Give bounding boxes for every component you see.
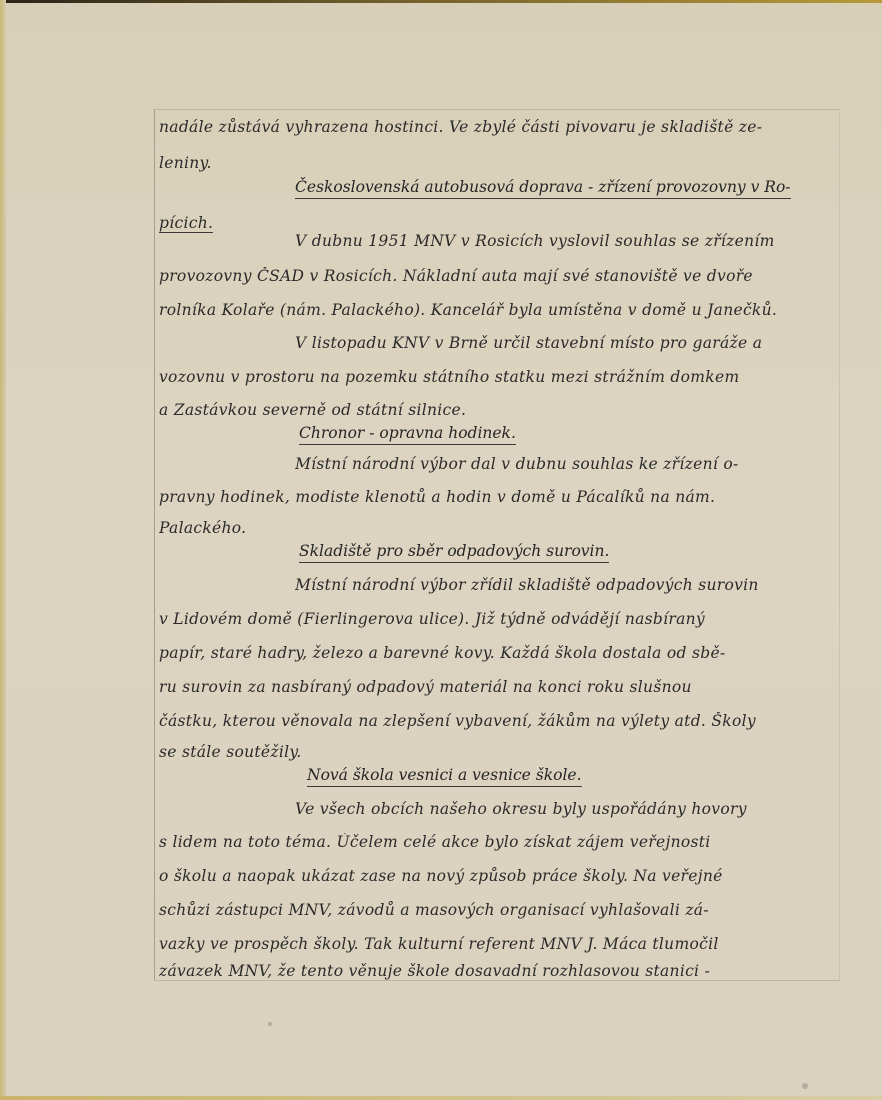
text-line: částku, kterou věnovala na zlepšení vyba… (159, 712, 833, 730)
text-line: provozovny ČSAD v Rosicích. Nákladní aut… (159, 267, 833, 285)
text-line: Místní národní výbor dal v dubnu souhlas… (295, 455, 833, 473)
paper-spot (268, 1022, 272, 1026)
text-line: pícich. (159, 214, 213, 233)
page-bottom-edge (0, 1096, 882, 1100)
section-heading: Skladiště pro sběr odpadových surovin. (299, 542, 609, 563)
text-line: vazky ve prospěch školy. Tak kulturní re… (159, 935, 833, 953)
text-line: s lidem na toto téma. Účelem celé akce b… (159, 833, 833, 851)
page-top-edge (0, 0, 882, 3)
text-line: leniny. (159, 154, 833, 172)
scanned-page: nadále zůstává vyhrazena hostinci. Ve zb… (0, 0, 882, 1100)
page-left-edge (0, 0, 6, 1100)
text-line: Ve všech obcích našeho okresu byly uspoř… (295, 800, 833, 818)
paper-spot (802, 1083, 808, 1089)
text-line: Místní národní výbor zřídil skladiště od… (295, 576, 833, 594)
section-heading: Nová škola vesnici a vesnice škole. (307, 766, 582, 787)
text-line: o školu a naopak ukázat zase na nový způ… (159, 867, 833, 885)
text-line: nadále zůstává vyhrazena hostinci. Ve zb… (159, 118, 833, 136)
text-line: a Zastávkou severně od státní silnice. (159, 401, 833, 419)
text-line: schůzi zástupci MNV, závodů a masových o… (159, 901, 833, 919)
text-line: rolníka Kolaře (nám. Palackého). Kancelá… (159, 301, 833, 319)
text-line: V listopadu KNV v Brně určil stavební mí… (295, 334, 833, 352)
text-line: Palackého. (159, 519, 833, 537)
section-heading: Československá autobusová doprava - zříz… (295, 178, 791, 199)
text-line: závazek MNV, že tento věnuje škole dosav… (159, 962, 833, 980)
text-line: se stále soutěžily. (159, 743, 833, 761)
text-line: vozovnu v prostoru na pozemku státního s… (159, 368, 833, 386)
text-line: pravny hodinek, modiste klenotů a hodin … (159, 488, 833, 506)
text-line: V dubnu 1951 MNV v Rosicích vyslovil sou… (295, 232, 833, 250)
text-line: v Lidovém domě (Fierlingerova ulice). Ji… (159, 610, 833, 628)
section-heading: Chronor - opravna hodinek. (299, 424, 516, 445)
text-line: ru surovin za nasbíraný odpadový materiá… (159, 678, 833, 696)
text-line: papír, staré hadry, železo a barevné kov… (159, 644, 833, 662)
text-frame: nadále zůstává vyhrazena hostinci. Ve zb… (154, 109, 840, 981)
